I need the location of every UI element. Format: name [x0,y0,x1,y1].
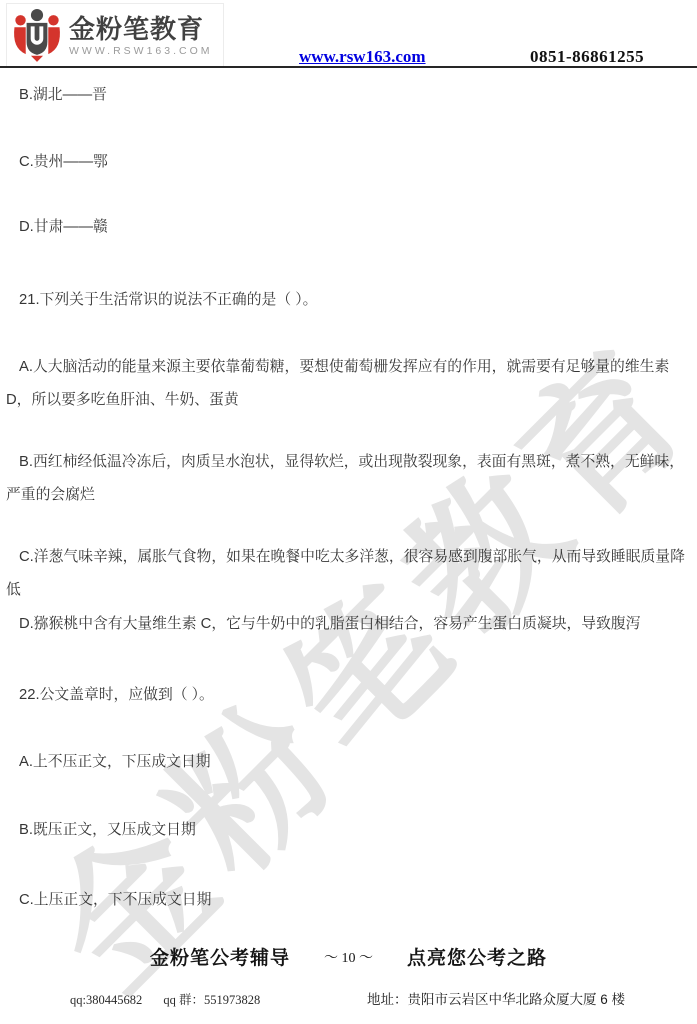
qq-number: qq:380445682 [70,993,142,1007]
document-page: 金粉笔教育 金粉笔教育 WWW.RSW163.COM www.rsw163.co… [0,0,697,1024]
website-link[interactable]: www.rsw163.com [299,47,426,67]
header-divider [0,66,697,68]
page-number: ～ 10 ～ [324,947,373,967]
footer-tagline: 点亮您公考之路 [407,943,547,970]
question-22: 22.公文盖章时，应做到（ ）。 [6,679,695,712]
brand-text-block: 金粉笔教育 WWW.RSW163.COM [69,14,213,57]
qq-group: qq 群：551973828 [163,993,260,1007]
option-22-b: B.既压正文，又压成文日期 [6,814,695,847]
option-21-d: D.猕猴桃中含有大量维生素 C，它与牛奶中的乳脂蛋白相结合，容易产生蛋白质凝块，… [6,608,695,641]
prev-option-d: D.甘肃——赣 [6,211,695,244]
footer-brand-slogan: 金粉笔公考辅导 [150,943,290,970]
option-21-b: B.西红柿经低温冷冻后，肉质呈水泡状，显得软烂，或出现散裂现象，表面有黑斑，煮不… [6,446,695,512]
question-21: 21.下列关于生活常识的说法不正确的是（ ）。 [6,284,695,317]
option-22-a: A.上不压正文，下压成文日期 [6,746,695,779]
contact-address: 地址：贵阳市云岩区中华北路众厦大厦 6 楼 [367,988,625,1008]
option-22-c: C.上压正文，下不压成文日期 [6,884,695,917]
brand-name: 金粉笔教育 [69,14,204,44]
option-21-a: A.人大脑活动的能量来源主要依靠葡萄糖，要想使葡萄栅发挥应有的作用，就需要有足够… [6,351,695,417]
option-21-c: C.洋葱气味辛辣，属胀气食物，如果在晚餐中吃太多洋葱，很容易感到腹部胀气，从而导… [6,541,695,607]
prev-option-b: B.湖北——晋 [6,79,695,112]
phone-number: 0851-86861255 [530,47,644,67]
brand-logo-icon [11,7,63,63]
footer-slogan-row: 金粉笔公考辅导 ～ 10 ～ 点亮您公考之路 [0,943,697,970]
prev-option-c: C.贵州——鄂 [6,146,695,179]
contact-qq-line: qq:380445682 qq 群：551973828 [70,990,278,1008]
brand-url: WWW.RSW163.COM [69,45,213,57]
brand-logo: 金粉笔教育 WWW.RSW163.COM [6,3,224,67]
